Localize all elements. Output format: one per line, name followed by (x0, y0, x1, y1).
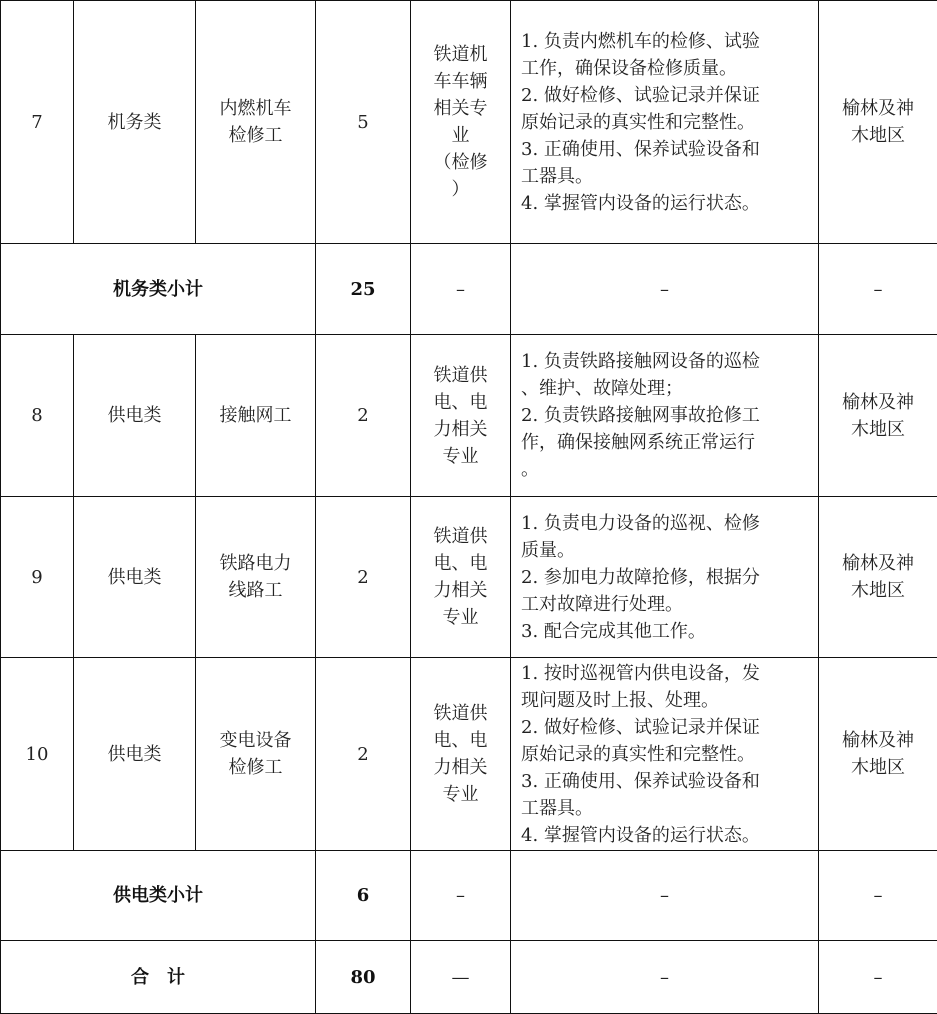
text-line: 力相关 (415, 754, 506, 781)
text-line: 电、电 (415, 389, 506, 416)
text-line: （检修 (415, 149, 506, 176)
text-line: 4. 掌握管内设备的运行状态。 (521, 822, 810, 849)
total-row: 合 计80—–– (1, 941, 937, 1014)
text-line: 线路工 (200, 577, 311, 604)
text-line: 业 (415, 122, 506, 149)
position-cell: 变电设备检修工 (196, 658, 316, 851)
category-cell: 供电类 (74, 497, 196, 658)
text-line: 木地区 (823, 122, 933, 149)
text-line: ） (415, 176, 506, 203)
category-cell: 供电类 (74, 658, 196, 851)
row-number: 8 (1, 335, 74, 497)
location-cell: 榆林及神木地区 (819, 1, 937, 244)
count-cell: 2 (316, 658, 411, 851)
major-cell: – (411, 851, 511, 941)
text-line: 力相关 (415, 577, 506, 604)
duty-cell: 1. 按时巡视管内供电设备，发现问题及时上报、处理。2. 做好检修、试验记录并保… (511, 658, 819, 851)
text-line: 铁路电力 (200, 550, 311, 577)
count-cell: 2 (316, 335, 411, 497)
row-number: 9 (1, 497, 74, 658)
location-cell: – (819, 941, 937, 1014)
text-line: 专业 (415, 604, 506, 631)
row-number: 10 (1, 658, 74, 851)
duty-cell: – (511, 941, 819, 1014)
text-line: 1. 负责铁路接触网设备的巡检 (521, 348, 810, 375)
subtotal-row: 供电类小计6––– (1, 851, 937, 941)
text-line: 车车辆 (415, 68, 506, 95)
text-line: 检修工 (200, 754, 311, 781)
category-cell: 供电类 (74, 335, 196, 497)
subtotal-row: 机务类小计25––– (1, 244, 937, 335)
subtotal-count: 25 (316, 244, 411, 335)
text-line: 、维护、故障处理； (521, 375, 810, 402)
text-line: 3. 正确使用、保养试验设备和 (521, 768, 810, 795)
major-cell: 铁道机车车辆相关专业（检修） (411, 1, 511, 244)
category-cell: 机务类 (74, 1, 196, 244)
text-line: 专业 (415, 781, 506, 808)
location-cell: – (819, 244, 937, 335)
major-cell: 铁道供电、电力相关专业 (411, 658, 511, 851)
major-cell: 铁道供电、电力相关专业 (411, 335, 511, 497)
text-line: 原始记录的真实性和完整性。 (521, 741, 810, 768)
text-line: 力相关 (415, 416, 506, 443)
text-line: 榆林及神 (823, 95, 933, 122)
total-count: 80 (316, 941, 411, 1014)
major-cell: 铁道供电、电力相关专业 (411, 497, 511, 658)
count-cell: 2 (316, 497, 411, 658)
text-line: 1. 按时巡视管内供电设备，发 (521, 660, 810, 687)
duty-cell: 1. 负责铁路接触网设备的巡检、维护、故障处理；2. 负责铁路接触网事故抢修工作… (511, 335, 819, 497)
text-line: 铁道供 (415, 362, 506, 389)
text-line: 2. 做好检修、试验记录并保证 (521, 714, 810, 741)
text-line: 质量。 (521, 537, 810, 564)
text-line: 3. 配合完成其他工作。 (521, 618, 810, 645)
location-cell: 榆林及神木地区 (819, 497, 937, 658)
total-label: 合 计 (1, 941, 316, 1014)
text-line: 电、电 (415, 727, 506, 754)
major-cell: – (411, 244, 511, 335)
text-line: 相关专 (415, 95, 506, 122)
table-row: 8供电类接触网工2铁道供电、电力相关专业1. 负责铁路接触网设备的巡检、维护、故… (1, 335, 937, 497)
text-line: 铁道机 (415, 41, 506, 68)
text-line: 2. 负责铁路接触网事故抢修工 (521, 402, 810, 429)
text-line: 铁道供 (415, 700, 506, 727)
text-line: 工对故障进行处理。 (521, 591, 810, 618)
text-line: 木地区 (823, 577, 933, 604)
count-cell: 5 (316, 1, 411, 244)
text-line: 现问题及时上报、处理。 (521, 687, 810, 714)
duty-cell: 1. 负责电力设备的巡视、检修质量。2. 参加电力故障抢修，根据分工对故障进行处… (511, 497, 819, 658)
text-line: 1. 负责内燃机车的检修、试验 (521, 28, 810, 55)
text-line: 检修工 (200, 122, 311, 149)
row-number: 7 (1, 1, 74, 244)
text-line: 铁道供 (415, 523, 506, 550)
table-row: 7机务类内燃机车检修工5铁道机车车辆相关专业（检修）1. 负责内燃机车的检修、试… (1, 1, 937, 244)
text-line: 木地区 (823, 754, 933, 781)
text-line: 原始记录的真实性和完整性。 (521, 109, 810, 136)
position-cell: 接触网工 (196, 335, 316, 497)
subtotal-label: 机务类小计 (1, 244, 316, 335)
text-line: 榆林及神 (823, 389, 933, 416)
text-line: 工器具。 (521, 795, 810, 822)
duty-cell: 1. 负责内燃机车的检修、试验工作，确保设备检修质量。2. 做好检修、试验记录并… (511, 1, 819, 244)
subtotal-label: 供电类小计 (1, 851, 316, 941)
text-line: 木地区 (823, 416, 933, 443)
text-line: 榆林及神 (823, 550, 933, 577)
duty-cell: – (511, 851, 819, 941)
text-line: 变电设备 (200, 727, 311, 754)
text-line: 内燃机车 (200, 95, 311, 122)
subtotal-count: 6 (316, 851, 411, 941)
recruitment-table: 7机务类内燃机车检修工5铁道机车车辆相关专业（检修）1. 负责内燃机车的检修、试… (0, 0, 937, 1014)
text-line: 专业 (415, 443, 506, 470)
text-line: 4. 掌握管内设备的运行状态。 (521, 190, 810, 217)
text-line: 2. 做好检修、试验记录并保证 (521, 82, 810, 109)
location-cell: – (819, 851, 937, 941)
text-line: 接触网工 (200, 402, 311, 429)
text-line: 工器具。 (521, 163, 810, 190)
text-line: 2. 参加电力故障抢修，根据分 (521, 564, 810, 591)
location-cell: 榆林及神木地区 (819, 335, 937, 497)
text-line: 电、电 (415, 550, 506, 577)
table-row: 9供电类铁路电力线路工2铁道供电、电力相关专业1. 负责电力设备的巡视、检修质量… (1, 497, 937, 658)
text-line: 工作，确保设备检修质量。 (521, 55, 810, 82)
table-row: 10供电类变电设备检修工2铁道供电、电力相关专业1. 按时巡视管内供电设备，发现… (1, 658, 937, 851)
text-line: 榆林及神 (823, 727, 933, 754)
text-line: 1. 负责电力设备的巡视、检修 (521, 510, 810, 537)
text-line: 作，确保接触网系统正常运行 (521, 429, 810, 456)
duty-cell: – (511, 244, 819, 335)
position-cell: 内燃机车检修工 (196, 1, 316, 244)
location-cell: 榆林及神木地区 (819, 658, 937, 851)
position-cell: 铁路电力线路工 (196, 497, 316, 658)
major-cell: — (411, 941, 511, 1014)
text-line: 3. 正确使用、保养试验设备和 (521, 136, 810, 163)
text-line: 。 (521, 456, 810, 483)
